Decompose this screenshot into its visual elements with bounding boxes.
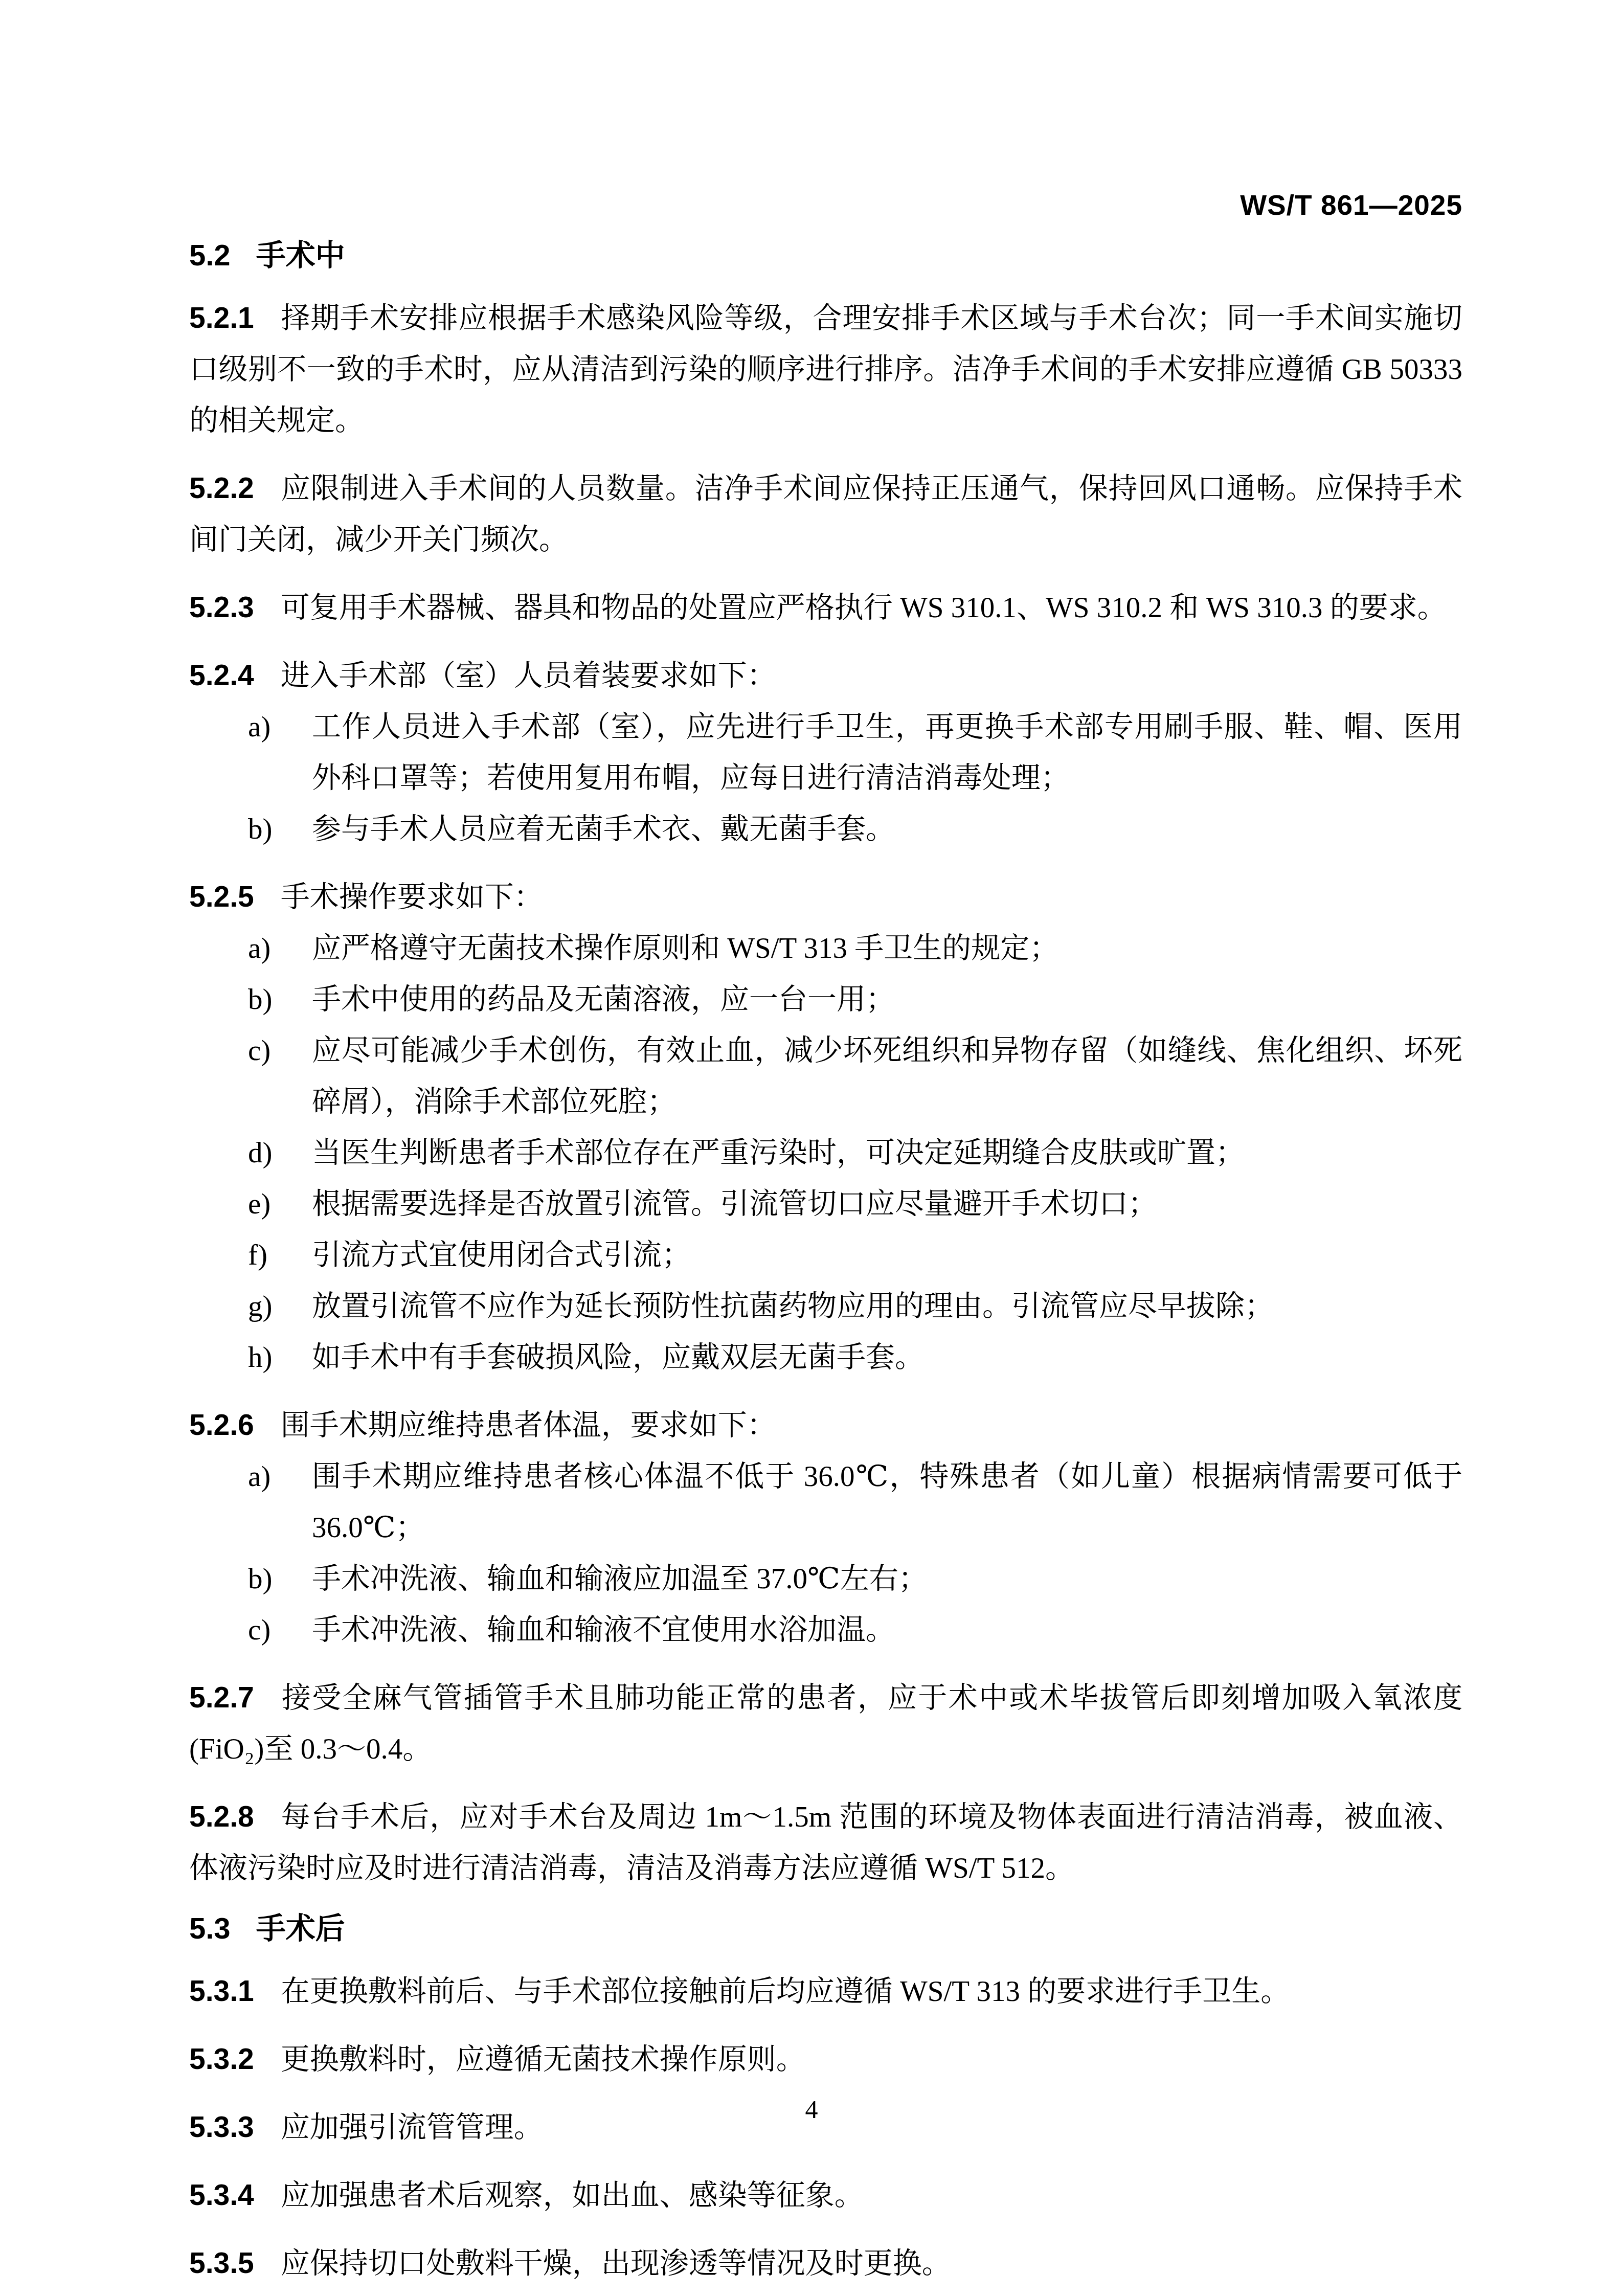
clause-5-3-4: 5.3.4应加强患者术后观察，如出血、感染等征象。 xyxy=(189,2170,1462,2221)
list-item: a)工作人员进入手术部（室），应先进行手卫生，再更换手术部专用刷手服、鞋、帽、医… xyxy=(248,702,1462,804)
clause-5-2-7: 5.2.7接受全麻气管插管手术且肺功能正常的患者，应于术中或术毕拔管后即刻增加吸… xyxy=(189,1672,1462,1775)
clause-5-2-5: 5.2.5手术操作要求如下： xyxy=(189,871,1462,923)
clause-text: 择期手术安排应根据手术感染风险等级，合理安排手术区域与手术台次；同一手术间实施切… xyxy=(189,302,1462,437)
list-item: a)应严格遵守无菌技术操作原则和 WS/T 313 手卫生的规定； xyxy=(248,923,1462,974)
list-marker: f) xyxy=(248,1230,312,1281)
list-item-text: 应尽可能减少手术创伤，有效止血，减少坏死组织和异物存留（如缝线、焦化组织、坏死碎… xyxy=(312,1025,1462,1128)
clause-number: 5.2.8 xyxy=(189,1800,254,1833)
list-item: c)应尽可能减少手术创伤，有效止血，减少坏死组织和异物存留（如缝线、焦化组织、坏… xyxy=(248,1025,1462,1128)
clause-text: 在更换敷料前后、与手术部位接触前后均应遵循 WS/T 313 的要求进行手卫生。 xyxy=(281,1975,1290,2008)
clause-5-2-8: 5.2.8每台手术后，应对手术台及周边 1m～1.5m 范围的环境及物体表面进行… xyxy=(189,1791,1462,1894)
clause-5-2-6: 5.2.6围手术期应维持患者体温，要求如下： xyxy=(189,1400,1462,1451)
list-item: g)放置引流管不应作为延长预防性抗菌药物应用的理由。引流管应尽早拔除； xyxy=(248,1281,1462,1332)
list-item-text: 手术冲洗液、输血和输液应加温至 37.0℃左右； xyxy=(312,1554,1462,1605)
list-item: a)围手术期应维持患者核心体温不低于 36.0℃，特殊患者（如儿童）根据病情需要… xyxy=(248,1451,1462,1554)
clause-number: 5.2.3 xyxy=(189,591,254,624)
list-marker: b) xyxy=(248,1554,312,1605)
clause-5-2-2: 5.2.2应限制进入手术间的人员数量。洁净手术间应保持正压通气，保持回风口通畅。… xyxy=(189,463,1462,566)
list-item-text: 工作人员进入手术部（室），应先进行手卫生，再更换手术部专用刷手服、鞋、帽、医用外… xyxy=(312,702,1462,804)
section-heading-5-3: 5.3手术后 xyxy=(189,1908,1462,1949)
clause-text: 应保持切口处敷料干燥，出现渗透等情况及时更换。 xyxy=(281,2247,951,2280)
clause-5-2-3: 5.2.3可复用手术器械、器具和物品的处置应严格执行 WS 310.1、WS 3… xyxy=(189,582,1462,634)
list-item-text: 应严格遵守无菌技术操作原则和 WS/T 313 手卫生的规定； xyxy=(312,923,1462,974)
clause-number: 5.3.5 xyxy=(189,2247,254,2280)
list-marker: d) xyxy=(248,1128,312,1179)
clause-text: 接受全麻气管插管手术且肺功能正常的患者，应于术中或术毕拔管后即刻增加吸入氧浓度(… xyxy=(189,1682,1462,1765)
clause-text: 围手术期应维持患者体温，要求如下： xyxy=(281,1409,776,1442)
list-item-text: 围手术期应维持患者核心体温不低于 36.0℃，特殊患者（如儿童）根据病情需要可低… xyxy=(312,1451,1462,1554)
list-item-text: 参与手术人员应着无菌手术衣、戴无菌手套。 xyxy=(312,804,1462,855)
list-item-text: 如手术中有手套破损风险，应戴双层无菌手套。 xyxy=(312,1332,1462,1383)
clause-number: 5.2.1 xyxy=(189,302,254,334)
list-marker: e) xyxy=(248,1179,312,1230)
clause-5-2-5-list: a)应严格遵守无菌技术操作原则和 WS/T 313 手卫生的规定； b)手术中使… xyxy=(189,923,1462,1383)
list-marker: h) xyxy=(248,1332,312,1383)
list-item-text: 引流方式宜使用闭合式引流； xyxy=(312,1230,1462,1281)
list-item-text: 当医生判断患者手术部位存在严重污染时，可决定延期缝合皮肤或旷置； xyxy=(312,1128,1462,1179)
list-marker: b) xyxy=(248,804,312,855)
list-marker: c) xyxy=(248,1605,312,1656)
page-number: 4 xyxy=(0,2094,1623,2125)
document-page: WS/T 861—2025 5.2手术中 5.2.1择期手术安排应根据手术感染风… xyxy=(0,0,1623,2296)
list-item-text: 手术冲洗液、输血和输液不宜使用水浴加温。 xyxy=(312,1605,1462,1656)
clause-text: 应加强患者术后观察，如出血、感染等征象。 xyxy=(281,2179,864,2212)
list-item: b)手术中使用的药品及无菌溶液，应一台一用； xyxy=(248,974,1462,1025)
clause-5-2-1: 5.2.1择期手术安排应根据手术感染风险等级，合理安排手术区域与手术台次；同一手… xyxy=(189,292,1462,446)
list-item: e)根据需要选择是否放置引流管。引流管切口应尽量避开手术切口； xyxy=(248,1179,1462,1230)
clause-number: 5.3.1 xyxy=(189,1975,254,2008)
clause-5-2-4: 5.2.4进入手术部（室）人员着装要求如下： xyxy=(189,650,1462,702)
list-item: c)手术冲洗液、输血和输液不宜使用水浴加温。 xyxy=(248,1605,1462,1656)
clause-5-3-2: 5.3.2更换敷料时，应遵循无菌技术操作原则。 xyxy=(189,2034,1462,2085)
list-item-text: 根据需要选择是否放置引流管。引流管切口应尽量避开手术切口； xyxy=(312,1179,1462,1230)
list-item: f)引流方式宜使用闭合式引流； xyxy=(248,1230,1462,1281)
clause-number: 5.2.5 xyxy=(189,881,254,913)
list-marker: b) xyxy=(248,974,312,1025)
section-heading-5-2: 5.2手术中 xyxy=(189,235,1462,276)
section-number: 5.2 xyxy=(189,239,231,272)
clause-number: 5.2.4 xyxy=(189,659,254,692)
clause-number: 5.3.4 xyxy=(189,2179,254,2212)
clause-5-2-6-list: a)围手术期应维持患者核心体温不低于 36.0℃，特殊患者（如儿童）根据病情需要… xyxy=(189,1451,1462,1656)
clause-text: 可复用手术器械、器具和物品的处置应严格执行 WS 310.1、WS 310.2 … xyxy=(281,592,1447,624)
clause-number: 5.2.7 xyxy=(189,1681,254,1714)
section-number: 5.3 xyxy=(189,1912,231,1945)
list-item: b)手术冲洗液、输血和输液应加温至 37.0℃左右； xyxy=(248,1554,1462,1605)
list-marker: a) xyxy=(248,702,312,804)
clause-number: 5.2.2 xyxy=(189,472,254,505)
list-marker: c) xyxy=(248,1025,312,1128)
section-title: 手术后 xyxy=(256,1912,345,1945)
list-marker: a) xyxy=(248,923,312,974)
list-item-text: 放置引流管不应作为延长预防性抗菌药物应用的理由。引流管应尽早拔除； xyxy=(312,1281,1462,1332)
standard-code-header: WS/T 861—2025 xyxy=(189,189,1462,221)
list-marker: g) xyxy=(248,1281,312,1332)
list-marker: a) xyxy=(248,1451,312,1554)
clause-number: 5.3.2 xyxy=(189,2043,254,2076)
clause-text: 应限制进入手术间的人员数量。洁净手术间应保持正压通气，保持回风口通畅。应保持手术… xyxy=(189,472,1462,556)
clause-number: 5.2.6 xyxy=(189,1409,254,1442)
list-item-text: 手术中使用的药品及无菌溶液，应一台一用； xyxy=(312,974,1462,1025)
list-item: h)如手术中有手套破损风险，应戴双层无菌手套。 xyxy=(248,1332,1462,1383)
clause-text: 每台手术后，应对手术台及周边 1m～1.5m 范围的环境及物体表面进行清洁消毒，… xyxy=(189,1801,1462,1884)
clause-5-3-5: 5.3.5应保持切口处敷料干燥，出现渗透等情况及时更换。 xyxy=(189,2238,1462,2289)
clause-text: 更换敷料时，应遵循无菌技术操作原则。 xyxy=(281,2043,805,2076)
clause-5-2-4-list: a)工作人员进入手术部（室），应先进行手卫生，再更换手术部专用刷手服、鞋、帽、医… xyxy=(189,702,1462,855)
clause-text: 手术操作要求如下： xyxy=(281,881,543,913)
clause-text: 进入手术部（室）人员着装要求如下： xyxy=(281,660,776,692)
section-title: 手术中 xyxy=(256,239,345,272)
clause-5-3-1: 5.3.1在更换敷料前后、与手术部位接触前后均应遵循 WS/T 313 的要求进… xyxy=(189,1966,1462,2017)
list-item: b)参与手术人员应着无菌手术衣、戴无菌手套。 xyxy=(248,804,1462,855)
list-item: d)当医生判断患者手术部位存在严重污染时，可决定延期缝合皮肤或旷置； xyxy=(248,1128,1462,1179)
